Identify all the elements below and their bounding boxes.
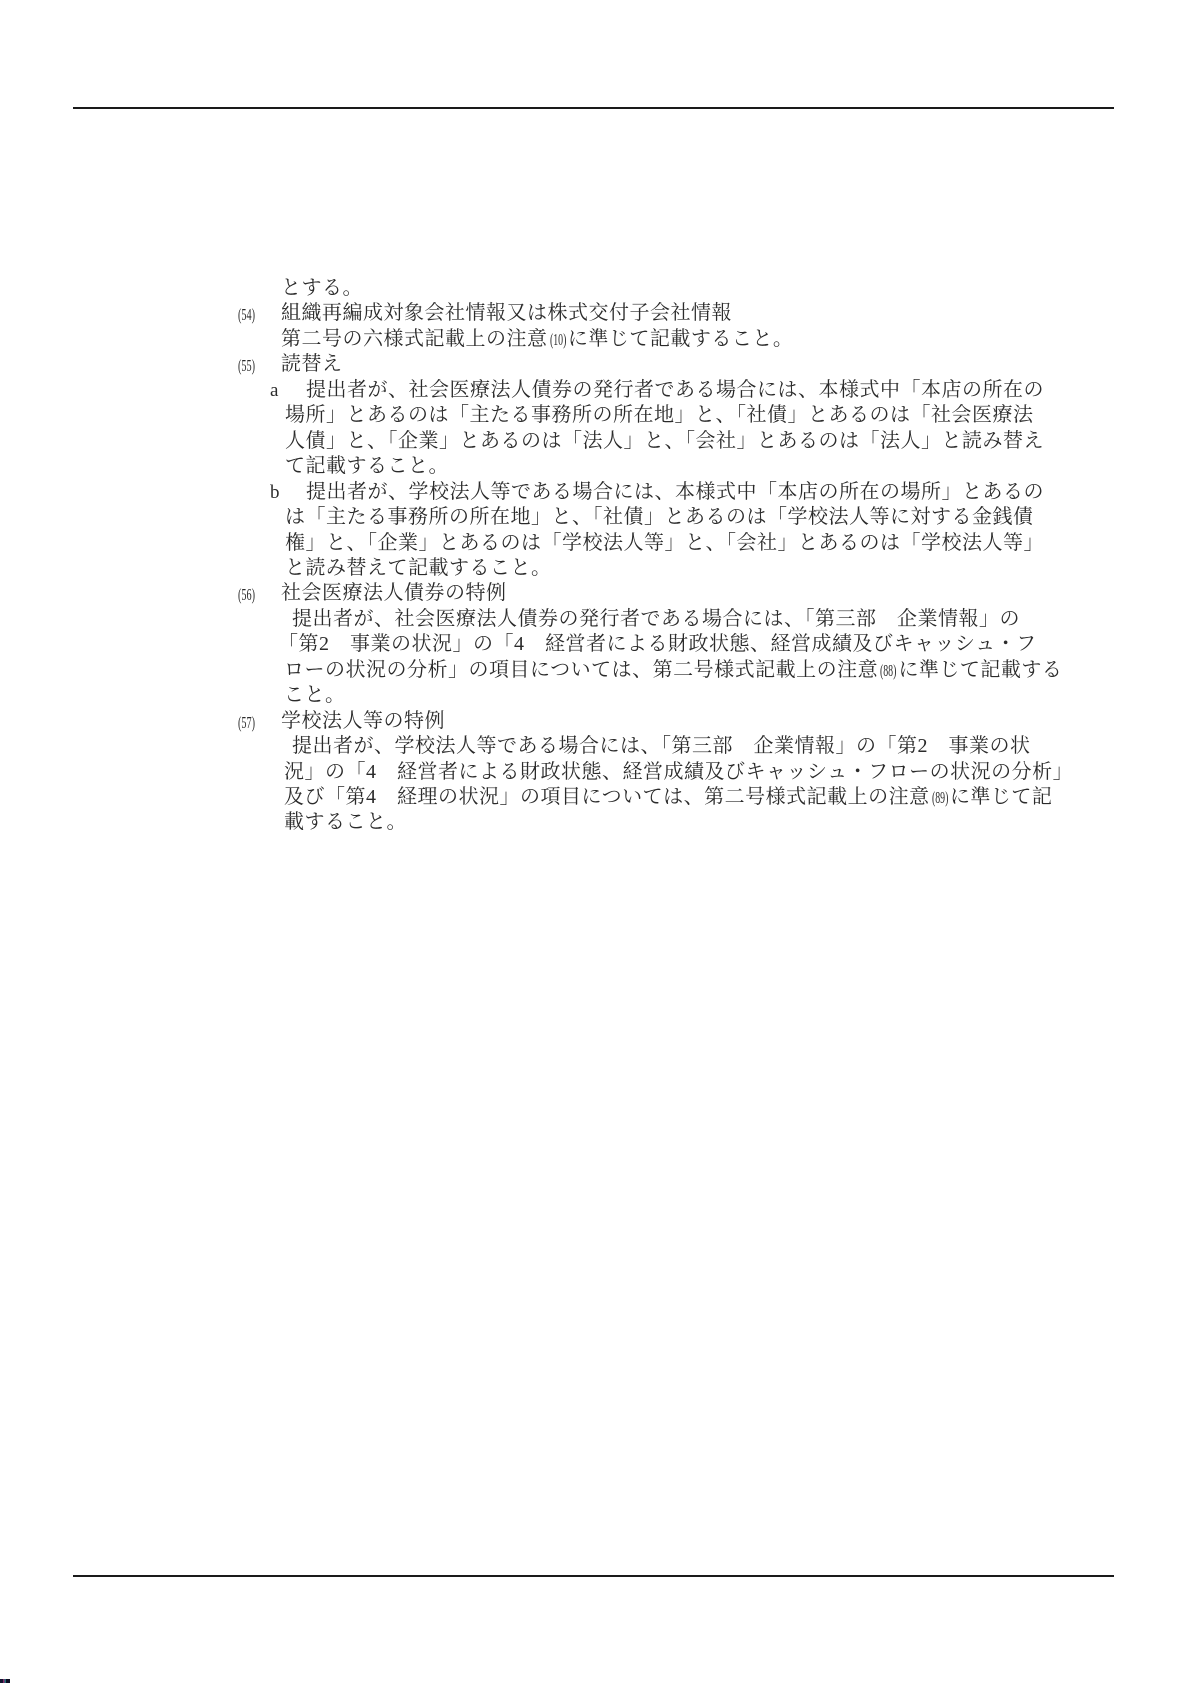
text-segment: 社会医療法人債券の特例 [281,582,507,604]
text-segment: 組織再編成対象会社情報又は株式交付子会社情報 [281,302,732,324]
note-number-ref: (88) [880,658,896,683]
line-text: 提出者が、社会医療法人債券の発行者である場合には、本様式中「本店の所在の [306,378,1044,403]
text-block: とする。(54)組織再編成対象会社情報又は株式交付子会社情報第二号の六様式記載上… [0,0,1192,1685]
scan-artifact [0,1679,10,1683]
line-text: 載すること。 [284,810,407,835]
text-segment: 況」の「4 経営者による財政状態、経営成績及びキャッシュ・フローの状況の分析」 [284,761,1073,783]
text-segment: 提出者が、社会医療法人債券の発行者である場合には、「第三部 企業情報」の [292,608,1020,630]
line-text: 組織再編成対象会社情報又は株式交付子会社情報 [281,301,732,326]
line-text: 場所」とあるのは「主たる事務所の所在地」と、「社債」とあるのは「社会医療法 [285,403,1034,428]
line-text: は「主たる事務所の所在地」と、「社債」とあるのは「学校法人等に対する金銭債 [285,505,1034,530]
item-number: (55) [238,353,255,378]
item-number: (56) [238,582,255,607]
item-number: (57) [238,710,255,735]
line-text: とする。 [281,276,363,301]
line-text: 第二号の六様式記載上の注意(10)に準じて記載すること。 [281,327,793,352]
document-page: とする。(54)組織再編成対象会社情報又は株式交付子会社情報第二号の六様式記載上… [0,0,1192,1685]
text-line: a提出者が、社会医療法人債券の発行者である場合には、本様式中「本店の所在の [0,378,1192,404]
text-line: (57)学校法人等の特例 [0,709,1192,735]
text-segment: 第二号の六様式記載上の注意 [281,328,548,350]
line-text: 読替え [281,352,343,377]
note-number-ref: (89) [932,785,948,810]
text-segment: に準じて記載すること。 [568,328,794,350]
bottom-rule [73,1575,1114,1577]
text-line: ローの状況の分析」の項目については、第二号様式記載上の注意(88)に準じて記載す… [0,658,1192,684]
line-text: 学校法人等の特例 [281,709,445,734]
item-number: (54) [238,302,255,327]
text-line: 及び「第4 経理の状況」の項目については、第二号様式記載上の注意(89)に準じて… [0,785,1192,811]
text-line: 提出者が、学校法人等である場合には、「第三部 企業情報」の「第2 事業の状 [0,734,1192,760]
text-line: と読み替えて記載すること。 [0,556,1192,582]
text-line: b提出者が、学校法人等である場合には、本様式中「本店の所在の場所」とあるの [0,480,1192,506]
line-text: ローの状況の分析」の項目については、第二号様式記載上の注意(88)に準じて記載す… [284,658,1062,683]
text-line: 況」の「4 経営者による財政状態、経営成績及びキャッシュ・フローの状況の分析」 [0,760,1192,786]
text-line: 人債」と、「企業」とあるのは「法人」と、「会社」とあるのは「法人」と読み替え [0,429,1192,455]
text-line: 第二号の六様式記載上の注意(10)に準じて記載すること。 [0,327,1192,353]
text-line: こと。 [0,683,1192,709]
line-text: て記載すること。 [285,454,449,479]
line-text: 「第2 事業の状況」の「4 経営者による財政状態、経営成績及びキャッシュ・フ [278,632,1037,657]
text-segment: 読替え [281,353,343,375]
text-segment: 及び「第4 経理の状況」の項目については、第二号様式記載上の注意 [284,786,930,808]
text-segment: て記載すること。 [285,455,449,477]
text-line: は「主たる事務所の所在地」と、「社債」とあるのは「学校法人等に対する金銭債 [0,505,1192,531]
line-text: 社会医療法人債券の特例 [281,581,507,606]
text-segment: 提出者が、社会医療法人債券の発行者である場合には、本様式中「本店の所在の [306,379,1044,401]
text-line: 権」と、「企業」とあるのは「学校法人等」と、「会社」とあるのは「学校法人等」 [0,531,1192,557]
text-segment: に準じて記 [950,786,1053,808]
text-line: て記載すること。 [0,454,1192,480]
sub-item-letter: a [270,378,278,403]
text-segment: 権」と、「企業」とあるのは「学校法人等」と、「会社」とあるのは「学校法人等」 [285,532,1044,554]
text-line: 場所」とあるのは「主たる事務所の所在地」と、「社債」とあるのは「社会医療法 [0,403,1192,429]
text-segment: とする。 [281,277,363,299]
text-segment: は「主たる事務所の所在地」と、「社債」とあるのは「学校法人等に対する金銭債 [285,506,1034,528]
text-segment: 提出者が、学校法人等である場合には、「第三部 企業情報」の「第2 事業の状 [292,735,1031,757]
text-segment: 人債」と、「企業」とあるのは「法人」と、「会社」とあるのは「法人」と読み替え [285,430,1044,452]
text-segment: 提出者が、学校法人等である場合には、本様式中「本店の所在の場所」とあるの [306,481,1044,503]
line-text: 提出者が、学校法人等である場合には、「第三部 企業情報」の「第2 事業の状 [292,734,1031,759]
text-segment: 載すること。 [284,811,407,833]
text-segment: 「第2 事業の状況」の「4 経営者による財政状態、経営成績及びキャッシュ・フ [278,633,1037,655]
line-text: と読み替えて記載すること。 [285,556,552,581]
text-segment: と読み替えて記載すること。 [285,557,552,579]
text-line: 載すること。 [0,810,1192,836]
text-segment: に準じて記載する [898,659,1062,681]
text-line: (54)組織再編成対象会社情報又は株式交付子会社情報 [0,301,1192,327]
text-segment: ローの状況の分析」の項目については、第二号様式記載上の注意 [284,659,878,681]
sub-item-letter: b [270,480,280,505]
line-text: 人債」と、「企業」とあるのは「法人」と、「会社」とあるのは「法人」と読み替え [285,429,1044,454]
line-text: 権」と、「企業」とあるのは「学校法人等」と、「会社」とあるのは「学校法人等」 [285,531,1044,556]
text-line: 「第2 事業の状況」の「4 経営者による財政状態、経営成績及びキャッシュ・フ [0,632,1192,658]
line-text: 提出者が、社会医療法人債券の発行者である場合には、「第三部 企業情報」の [292,607,1020,632]
line-text: 提出者が、学校法人等である場合には、本様式中「本店の所在の場所」とあるの [306,480,1044,505]
text-segment: こと。 [284,684,346,706]
text-line: 提出者が、社会医療法人債券の発行者である場合には、「第三部 企業情報」の [0,607,1192,633]
line-text: 及び「第4 経理の状況」の項目については、第二号様式記載上の注意(89)に準じて… [284,785,1052,810]
text-line: (55)読替え [0,352,1192,378]
text-line: とする。 [0,276,1192,302]
line-text: 況」の「4 経営者による財政状態、経営成績及びキャッシュ・フローの状況の分析」 [284,760,1073,785]
line-text: こと。 [284,683,346,708]
text-segment: 場所」とあるのは「主たる事務所の所在地」と、「社債」とあるのは「社会医療法 [285,404,1034,426]
note-number-ref: (10) [549,327,565,352]
text-line: (56)社会医療法人債券の特例 [0,581,1192,607]
text-segment: 学校法人等の特例 [281,710,445,732]
